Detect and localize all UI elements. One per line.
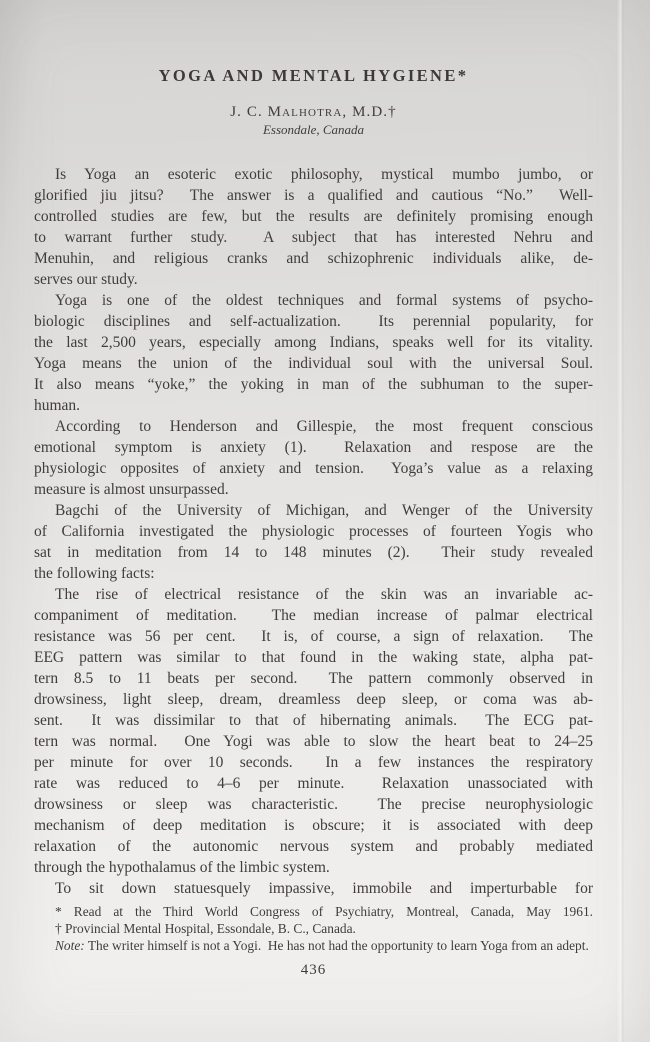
page-number: 436 — [34, 961, 593, 979]
page-crease-artifact — [617, 0, 624, 1042]
body-paragraph: According to Henderson and Gillespie, th… — [34, 416, 593, 500]
text-line: physiologic opposites of anxiety and ten… — [34, 458, 593, 479]
text-line: According to Henderson and Gillespie, th… — [34, 416, 593, 437]
text-line: The rise of electrical resistance of the… — [34, 584, 593, 605]
text-line: rate was reduced to 4–6 per minute. Rela… — [34, 773, 593, 794]
text-line: To sit down statuesquely impassive, immo… — [34, 878, 593, 899]
article-header: YOGA AND MENTAL HYGIENE* J. C. Malhotra,… — [34, 0, 593, 138]
text-line: Is Yoga an esoteric exotic philosophy, m… — [34, 164, 593, 185]
author-affiliation: Essondale, Canada — [34, 122, 593, 138]
text-line: emotional symptom is anxiety (1). Relaxa… — [34, 437, 593, 458]
text-line: serves our study. — [34, 269, 593, 290]
footnote-congress: * Read at the Third World Congress of Ps… — [34, 903, 593, 920]
text-line: Bagchi of the University of Michigan, an… — [34, 500, 593, 521]
page-content: YOGA AND MENTAL HYGIENE* J. C. Malhotra,… — [34, 0, 593, 979]
text-line: relaxation of the autonomic nervous syst… — [34, 836, 593, 857]
footnote-note-text: The writer himself is not a Yogi. He has… — [85, 938, 589, 953]
text-line: companiment of meditation. The median in… — [34, 605, 593, 626]
body-paragraph: Bagchi of the University of Michigan, an… — [34, 500, 593, 584]
body-paragraph-continued: To sit down statuesquely impassive, immo… — [34, 878, 593, 899]
text-line: the last 2,500 years, especially among I… — [34, 332, 593, 353]
text-line: tern was normal. One Yogi was able to sl… — [34, 731, 593, 752]
body-paragraph: Is Yoga an esoteric exotic philosophy, m… — [34, 164, 593, 290]
text-line: drowsiness or sleep was characteristic. … — [34, 794, 593, 815]
footnotes-block: * Read at the Third World Congress of Ps… — [34, 903, 593, 954]
text-line: through the hypothalamus of the limbic s… — [34, 857, 593, 878]
text-line: per minute for over 10 seconds. In a few… — [34, 752, 593, 773]
text-line: It also means “yoke,” the yoking in man … — [34, 374, 593, 395]
text-line: Yoga is one of the oldest techniques and… — [34, 290, 593, 311]
text-line: biologic disciplines and self-actualizat… — [34, 311, 593, 332]
text-line: sent. It was dissimilar to that of hiber… — [34, 710, 593, 731]
text-line: the following facts: — [34, 563, 593, 584]
footnote-hospital: † Provincial Mental Hospital, Essondale,… — [34, 920, 593, 937]
text-line: of California investigated the physiolog… — [34, 521, 593, 542]
text-line: Yoga means the union of the individual s… — [34, 353, 593, 374]
text-line: EEG pattern was similar to that found in… — [34, 647, 593, 668]
scanned-page: YOGA AND MENTAL HYGIENE* J. C. Malhotra,… — [0, 0, 650, 1042]
footnote-note-label: Note: — [55, 938, 85, 953]
text-line: sat in meditation from 14 to 148 minutes… — [34, 542, 593, 563]
footnote-note: Note: The writer himself is not a Yogi. … — [34, 937, 593, 954]
author-name: J. C. Malhotra, M.D.† — [34, 103, 593, 121]
text-line: measure is almost unsurpassed. — [34, 479, 593, 500]
text-line: mechanism of deep meditation is obscure;… — [34, 815, 593, 836]
text-line: tern 8.5 to 11 beats per second. The pat… — [34, 668, 593, 689]
text-line: drowsiness, light sleep, dream, dreamles… — [34, 689, 593, 710]
text-line: glorified jiu jitsu? The answer is a qua… — [34, 185, 593, 206]
text-line: human. — [34, 395, 593, 416]
text-line: controlled studies are few, but the resu… — [34, 206, 593, 227]
article-body: Is Yoga an esoteric exotic philosophy, m… — [34, 164, 593, 899]
text-line: resistance was 56 per cent. It is, of co… — [34, 626, 593, 647]
text-line: to warrant further study. A subject that… — [34, 227, 593, 248]
body-paragraph: Yoga is one of the oldest techniques and… — [34, 290, 593, 416]
text-line: Menuhin, and religious cranks and schizo… — [34, 248, 593, 269]
page-title: YOGA AND MENTAL HYGIENE* — [34, 66, 593, 86]
body-paragraph: The rise of electrical resistance of the… — [34, 584, 593, 878]
